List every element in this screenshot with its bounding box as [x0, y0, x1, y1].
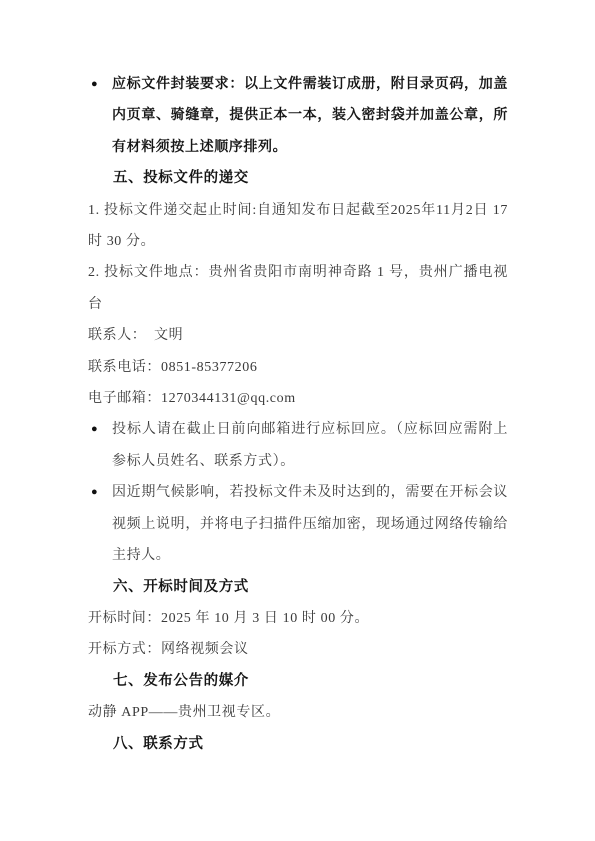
bullet-icon: ●: [91, 477, 98, 508]
bullet-icon: ●: [91, 69, 98, 100]
announcement-media-line: 动静 APP——贵州卫视专区。: [88, 697, 508, 728]
section-7-heading: 七、发布公告的媒介: [88, 666, 508, 697]
weather-notice-bullet: ● 因近期气候影响，若投标文件未及时达到的，需要在开标会议视频上说明，并将电子扫…: [88, 477, 508, 571]
submission-deadline-item: 1. 投标文件递交起止时间:自通知发布日起截至2025年11月2日 17 时 3…: [88, 195, 508, 258]
email-response-bullet: ● 投标人请在截止日前向邮箱进行应标回应。（应标回应需附上参标人员姓名、联系方式…: [88, 414, 508, 477]
document-content: ● 应标文件封装要求：以上文件需装订成册，附目录页码，加盖内页章、骑缝章，提供正…: [88, 69, 508, 760]
document-page: ● 应标文件封装要求：以上文件需装订成册，附目录页码，加盖内页章、骑缝章，提供正…: [0, 0, 595, 841]
contact-phone-line: 联系电话：0851-85377206: [88, 352, 508, 383]
packaging-requirements-bullet: ● 应标文件封装要求：以上文件需装订成册，附目录页码，加盖内页章、骑缝章，提供正…: [88, 69, 508, 163]
section-6-heading: 六、开标时间及方式: [88, 572, 508, 603]
packaging-requirements-text: 应标文件封装要求：以上文件需装订成册，附目录页码，加盖内页章、骑缝章，提供正本一…: [112, 77, 508, 155]
weather-notice-text: 因近期气候影响，若投标文件未及时达到的，需要在开标会议视频上说明，并将电子扫描件…: [112, 485, 508, 563]
bid-opening-method-line: 开标方式：网络视频会议: [88, 634, 508, 665]
bullet-icon: ●: [91, 414, 98, 445]
section-5-heading: 五、投标文件的递交: [88, 163, 508, 194]
bid-opening-time-line: 开标时间：2025 年 10 月 3 日 10 时 00 分。: [88, 603, 508, 634]
contact-email-line: 电子邮箱：1270344131@qq.com: [88, 383, 508, 414]
contact-person-line: 联系人： 文明: [88, 320, 508, 351]
email-response-text: 投标人请在截止日前向邮箱进行应标回应。（应标回应需附上参标人员姓名、联系方式）。: [112, 422, 508, 468]
submission-address-item: 2. 投标文件地点：贵州省贵阳市南明神奇路 1 号，贵州广播电视台: [88, 257, 508, 320]
section-8-heading: 八、联系方式: [88, 729, 508, 760]
